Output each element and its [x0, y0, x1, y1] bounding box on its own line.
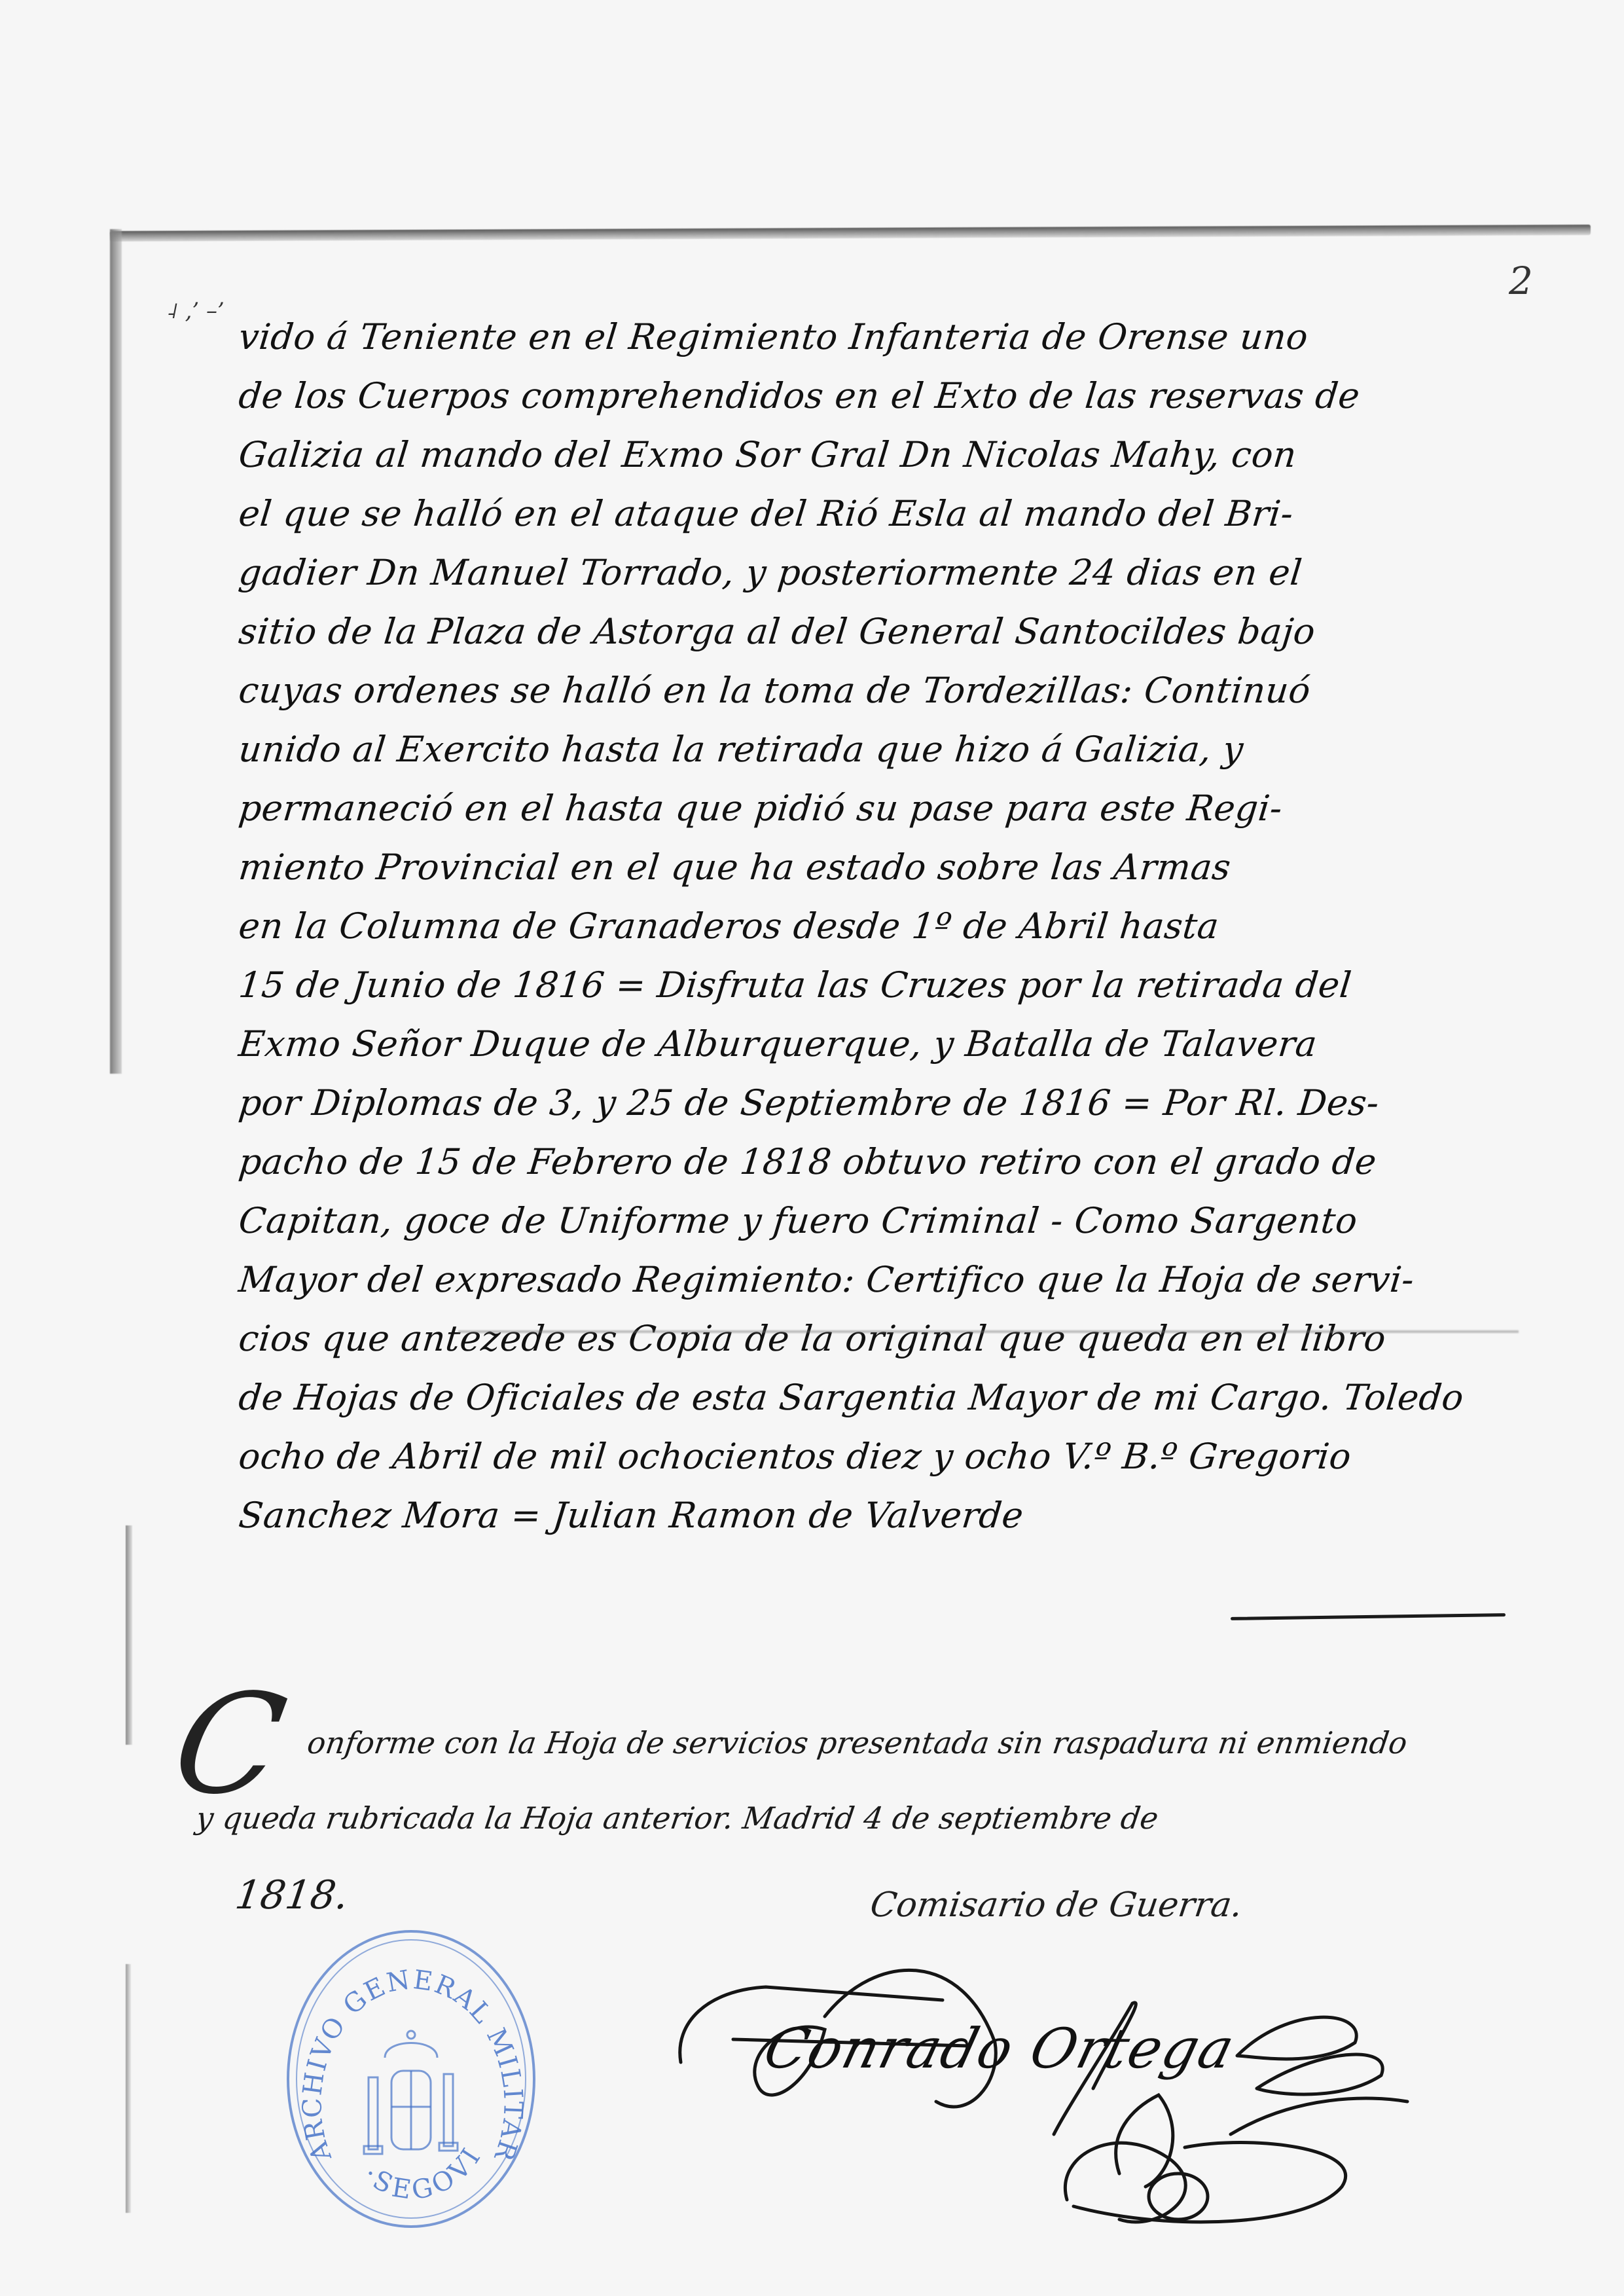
manuscript-line: de Hojas de Oficiales de esta Sargentia …: [236, 1368, 1505, 1427]
end-of-text-rule: [1231, 1613, 1506, 1620]
attestation-year: 1818.: [232, 1872, 352, 1918]
manuscript-line: Exmo Señor Duque de Alburquerque, y Bata…: [236, 1015, 1505, 1074]
margin-bracket: [126, 1525, 132, 1745]
manuscript-line: cios que antezede es Copia de la origina…: [236, 1309, 1505, 1368]
signatory-title: Comisario de Guerra.: [868, 1886, 1245, 1925]
archive-stamp: ARCHIVO GENERAL MILITAR ·SEGOVIA·: [287, 1930, 535, 2228]
manuscript-line: unido al Exercito hasta la retirada que …: [236, 720, 1505, 779]
page-border-left: [110, 229, 122, 1074]
manuscript-line: en la Columna de Granaderos desde 1º de …: [236, 897, 1505, 956]
margin-marks: ˨ ,’ –’: [167, 298, 225, 325]
manuscript-body: vido á Teniente en el Regimiento Infante…: [239, 308, 1502, 1545]
manuscript-line: Sanchez Mora = Julian Ramon de Valverde: [236, 1486, 1505, 1545]
attestation-line: onforme con la Hoja de servicios present…: [305, 1725, 1409, 1760]
manuscript-line: miento Provincial en el que ha estado so…: [236, 838, 1505, 897]
manuscript-line: permaneció en el hasta que pidió su pase…: [236, 779, 1505, 838]
signature-name: Conrado Ortega: [758, 2016, 1242, 2081]
signature: Conrado Ortega: [661, 1938, 1512, 2246]
coat-of-arms-icon: ARCHIVO GENERAL MILITAR ·SEGOVIA·: [287, 1930, 535, 2228]
manuscript-line: por Diplomas de 3, y 25 de Septiembre de…: [236, 1074, 1505, 1133]
faint-rule: [458, 1330, 1519, 1333]
manuscript-line: el que se halló en el ataque del Rió Esl…: [236, 484, 1505, 543]
attestation-line: y queda rubricada la Hoja anterior. Madr…: [194, 1800, 1161, 1836]
document-page: ˨ ,’ –’ 2 vido á Teniente en el Regimien…: [0, 0, 1624, 2296]
manuscript-line: ocho de Abril de mil ochocientos diez y …: [236, 1427, 1505, 1486]
stamp-top-text: ARCHIVO GENERAL MILITAR: [297, 1965, 528, 2166]
manuscript-line: Galizia al mando del Exmo Sor Gral Dn Ni…: [236, 426, 1505, 484]
manuscript-line: pacho de 15 de Febrero de 1818 obtuvo re…: [236, 1133, 1505, 1192]
manuscript-line: sitio de la Plaza de Astorga al del Gene…: [236, 602, 1505, 661]
page-border-top: [110, 225, 1591, 242]
manuscript-line: cuyas ordenes se halló en la toma de Tor…: [236, 661, 1505, 720]
manuscript-line: de los Cuerpos comprehendidos en el Exto…: [236, 367, 1505, 426]
attestation-initial: C: [164, 1676, 294, 1813]
manuscript-line: 15 de Junio de 1816 = Disfruta las Cruze…: [236, 956, 1505, 1015]
manuscript-line: Capitan, goce de Uniforme y fuero Crimin…: [236, 1192, 1505, 1250]
page-number: 2: [1509, 259, 1533, 303]
margin-edge-bottom: [126, 1964, 131, 2213]
manuscript-line: gadier Dn Manuel Torrado, y posteriormen…: [236, 543, 1505, 602]
signature-flourish-icon: [661, 1938, 1512, 2246]
manuscript-line: vido á Teniente en el Regimiento Infante…: [236, 308, 1505, 367]
svg-text:ARCHIVO GENERAL MILITAR: ARCHIVO GENERAL MILITAR: [297, 1965, 528, 2166]
manuscript-line: Mayor del expresado Regimiento: Certific…: [236, 1250, 1505, 1309]
